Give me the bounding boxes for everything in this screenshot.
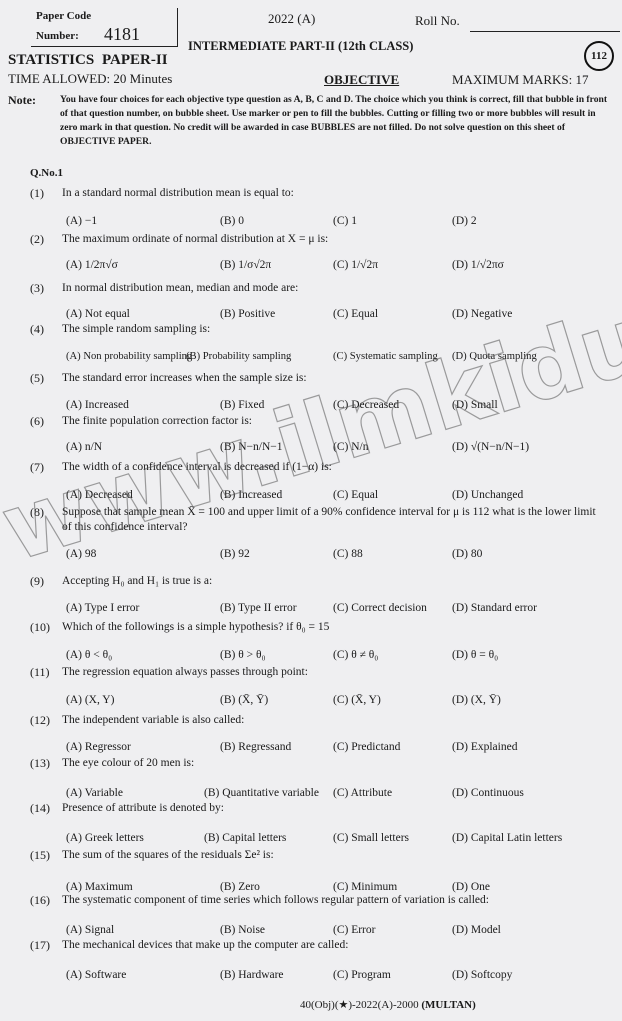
answer-option-c: (C) Predictand — [333, 741, 400, 753]
question-number: (2) — [30, 232, 44, 247]
answer-option-d: (D) θ = θ₀ — [452, 649, 498, 661]
question-number: (7) — [30, 460, 44, 475]
question-text: The mechanical devices that make up the … — [62, 938, 607, 953]
question-number: (11) — [30, 665, 50, 680]
answer-option-a: (A) Not equal — [66, 308, 130, 320]
answer-option-d: (D) 2 — [452, 215, 477, 227]
answer-option-c: (C) 1/√2π — [333, 259, 378, 271]
answer-option-b: (B) Hardware — [220, 969, 284, 981]
question-number: (9) — [30, 574, 44, 589]
answer-option-d: (D) √(N−n/N−1) — [452, 441, 529, 453]
question-text: Which of the followings is a simple hypo… — [62, 620, 607, 635]
question-text: The independent variable is also called: — [62, 713, 607, 728]
question-group-label: Q.No.1 — [30, 167, 63, 179]
exam-year: 2022 (A) — [268, 11, 315, 27]
answer-option-a: (A) Type I error — [66, 602, 139, 614]
answer-option-c: (C) Error — [333, 924, 375, 936]
answer-option-c: (C) Equal — [333, 489, 378, 501]
answer-option-c: (C) Systematic sampling — [333, 351, 438, 362]
answer-option-c: (C) 88 — [333, 548, 363, 560]
circled-number: 112 — [584, 41, 614, 71]
answer-option-a: (A) Signal — [66, 924, 114, 936]
question-number: (6) — [30, 414, 44, 429]
footer-code: 40(Obj)(★)-2022(A)-2000 — [300, 999, 419, 1011]
answer-option-b: (B) Zero — [220, 881, 260, 893]
question-text: The sum of the squares of the residuals … — [62, 848, 607, 863]
question-number: (8) — [30, 505, 44, 520]
answer-option-b: (B) Capital letters — [204, 832, 286, 844]
answer-option-b: (B) Fixed — [220, 399, 264, 411]
answer-option-c: (C) Minimum — [333, 881, 397, 893]
question-text: The eye colour of 20 men is: — [62, 756, 607, 771]
answer-option-c: (C) N/n — [333, 441, 368, 453]
question-number: (12) — [30, 713, 50, 728]
answer-option-a: (A) Regressor — [66, 741, 131, 753]
answer-option-d: (D) Unchanged — [452, 489, 523, 501]
answer-option-d: (D) Standard error — [452, 602, 537, 614]
question-number: (14) — [30, 801, 50, 816]
answer-option-b: (B) N−n/N−1 — [220, 441, 282, 453]
answer-option-a: (A) Decreased — [66, 489, 133, 501]
answer-option-b: (B) 0 — [220, 215, 244, 227]
answer-option-a: (A) −1 — [66, 215, 97, 227]
answer-option-b: (B) Noise — [220, 924, 265, 936]
answer-option-b: (B) Positive — [220, 308, 275, 320]
answer-option-d: (D) (X, Ȳ) — [452, 694, 501, 706]
note-text: You have four choices for each objective… — [60, 93, 610, 149]
answer-option-d: (D) Capital Latin letters — [452, 832, 562, 844]
answer-option-c: (C) Small letters — [333, 832, 409, 844]
question-number: (1) — [30, 186, 44, 201]
number-label: Number: — [36, 30, 79, 42]
answer-option-d: (D) Small — [452, 399, 498, 411]
roll-no-label: Roll No. — [415, 13, 460, 29]
question-text: The simple random sampling is: — [62, 322, 607, 337]
answer-option-a: (A) n/N — [66, 441, 102, 453]
question-number: (13) — [30, 756, 50, 771]
answer-option-c: (C) Correct decision — [333, 602, 427, 614]
paper-title: PAPER-II — [102, 52, 168, 69]
answer-option-d: (D) Explained — [452, 741, 517, 753]
answer-option-c: (C) (X̄, Y) — [333, 694, 381, 706]
note-label: Note: — [8, 93, 36, 107]
question-text: Accepting H₀ and H₁ is true is a: — [62, 574, 607, 589]
exam-paper: Paper Code Number: 4181 2022 (A) Roll No… — [0, 0, 622, 1021]
answer-option-a: (A) θ < θ₀ — [66, 649, 112, 661]
answer-option-a: (A) (X, Y) — [66, 694, 114, 706]
answer-option-b: (B) Type II error — [220, 602, 297, 614]
answer-option-d: (D) Continuous — [452, 787, 524, 799]
question-number: (16) — [30, 893, 50, 908]
answer-option-a: (A) Variable — [66, 787, 123, 799]
question-text: Presence of attribute is denoted by: — [62, 801, 607, 816]
answer-option-b: (B) (X̄, Ȳ) — [220, 694, 268, 706]
question-number: (5) — [30, 371, 44, 386]
question-number: (17) — [30, 938, 50, 953]
question-text: The finite population correction factor … — [62, 414, 607, 429]
answer-option-c: (C) Program — [333, 969, 391, 981]
question-text: The width of a confidence interval is de… — [62, 460, 607, 475]
paper-code-number: 4181 — [104, 24, 140, 45]
section-title: OBJECTIVE — [324, 72, 399, 88]
answer-option-b: (B) 1/σ√2π — [220, 259, 271, 271]
footer-region: (MULTAN) — [421, 999, 475, 1011]
answer-option-b: (B) Quantitative variable — [204, 787, 319, 799]
subject-title: STATISTICS — [8, 52, 94, 69]
answer-option-d: (D) 1/√2πσ — [452, 259, 504, 271]
answer-option-d: (D) Model — [452, 924, 501, 936]
max-marks: MAXIMUM MARKS: 17 — [452, 72, 589, 88]
question-text: In normal distribution mean, median and … — [62, 281, 607, 296]
answer-option-c: (C) θ ≠ θ₀ — [333, 649, 378, 661]
answer-option-d: (D) One — [452, 881, 490, 893]
question-text: Suppose that sample mean X̄ = 100 and up… — [62, 505, 607, 535]
answer-option-a: (A) Greek letters — [66, 832, 144, 844]
question-text: The systematic component of time series … — [62, 893, 607, 908]
answer-option-c: (C) Decreased — [333, 399, 399, 411]
answer-option-c: (C) Equal — [333, 308, 378, 320]
answer-option-a: (A) 1/2π√σ — [66, 259, 118, 271]
question-text: The maximum ordinate of normal distribut… — [62, 232, 607, 247]
answer-option-c: (C) Attribute — [333, 787, 392, 799]
question-text: The regression equation always passes th… — [62, 665, 607, 680]
answer-option-d: (D) Negative — [452, 308, 512, 320]
answer-option-a: (A) Maximum — [66, 881, 133, 893]
question-number: (15) — [30, 848, 50, 863]
answer-option-a: (A) Software — [66, 969, 126, 981]
answer-option-d: (D) Quota sampling — [452, 351, 537, 362]
answer-option-b: (B) Regressand — [220, 741, 291, 753]
question-number: (4) — [30, 322, 44, 337]
paper-footer: 40(Obj)(★)-2022(A)-2000 (MULTAN) — [300, 998, 476, 1011]
time-allowed: TIME ALLOWED: 20 Minutes — [8, 71, 172, 87]
answer-option-a: (A) Increased — [66, 399, 129, 411]
answer-option-a: (A) 98 — [66, 548, 96, 560]
question-number: (3) — [30, 281, 44, 296]
answer-option-a: (A) Non probability sampling — [66, 351, 192, 362]
answer-option-d: (D) 80 — [452, 548, 482, 560]
question-text: In a standard normal distribution mean i… — [62, 186, 607, 201]
class-title: INTERMEDIATE PART-II (12th CLASS) — [188, 39, 413, 54]
answer-option-d: (D) Softcopy — [452, 969, 512, 981]
answer-option-b: (B) Probability sampling — [186, 351, 291, 362]
answer-option-b: (B) 92 — [220, 548, 250, 560]
answer-option-c: (C) 1 — [333, 215, 357, 227]
roll-no-field — [470, 31, 620, 32]
question-number: (10) — [30, 620, 50, 635]
paper-code-label: Paper Code — [36, 10, 91, 22]
question-text: The standard error increases when the sa… — [62, 371, 607, 386]
answer-option-b: (B) Increased — [220, 489, 282, 501]
answer-option-b: (B) θ > θ₀ — [220, 649, 265, 661]
